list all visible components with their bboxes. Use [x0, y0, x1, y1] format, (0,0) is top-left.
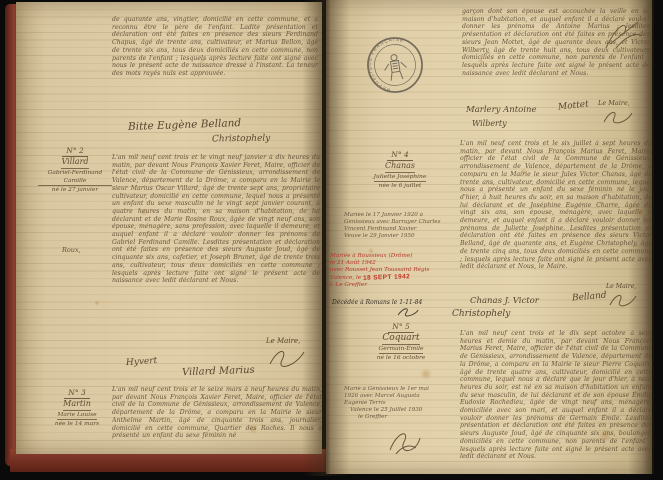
act4-closing-le-maire: Le Maire, — [606, 283, 636, 290]
act2-margin-word: Roux, — [62, 246, 81, 254]
signature-wilberty: Wilberty — [472, 119, 507, 128]
mention-line: Génissieux avec Barruyer Charles — [344, 219, 456, 226]
act5-number: N° 5 — [388, 322, 413, 333]
act4-marriage-mention-1920: Mariée le 17 Janvier 1920 à Génissieux a… — [344, 212, 456, 240]
act3-birth-note: née le 14 mars — [55, 421, 99, 427]
act4-red-marriage-mention: Mariée à Roussieux (Drôme) le 21 Août 19… — [330, 253, 446, 289]
foxing-spot — [140, 208, 148, 216]
act-prev-text: garçon dont son épouse est accouchée la … — [462, 8, 650, 100]
mayor-paraph-icon — [268, 346, 306, 368]
foxing-spot — [520, 168, 527, 175]
act4-given-names: Juliette Joséphine — [374, 173, 427, 183]
mention-line: 1926 avec Marcel Augusta — [344, 393, 456, 400]
act2-number: N° 2 — [62, 146, 87, 157]
act3-given-names: Marie Louise — [57, 411, 96, 421]
signature-christophely: Christophely — [212, 133, 271, 144]
mayor-paraph-icon — [602, 108, 634, 126]
act-continuation-text: de quarante ans, vingtier, domicilié en … — [112, 16, 318, 112]
date-stamp-18-sept-1942: 18 SEPT 1942 — [363, 273, 410, 282]
foxing-spot — [94, 300, 100, 306]
deceased-note-paraph-icon — [396, 307, 420, 317]
foxing-spot — [478, 58, 484, 64]
foxing-spot — [636, 208, 644, 216]
act5-birth-note: né le 16 octobre — [377, 355, 426, 361]
act5-given-names: Germain-Émile — [379, 345, 424, 355]
act2-text: L'an mil neuf cent trois et le vingt neu… — [112, 154, 320, 338]
red-mention-place: Valence, le — [330, 275, 361, 281]
act2-given-names: Gabriel-Ferdinand Camille — [38, 169, 112, 187]
act2-birth-note: né le 27 janvier — [52, 187, 98, 193]
signature-chanas: Chanas J. Victor — [470, 296, 539, 306]
act5-marriage-mention-1926: Marié à Génissieux le 1er mai 1926 avec … — [344, 386, 456, 421]
act5-surname: Coquart — [382, 333, 419, 345]
foxing-spot — [368, 248, 374, 254]
mention-line: Valence le 25 Juillet 1930 — [344, 407, 456, 414]
act2-surname: Villard — [61, 157, 88, 169]
register-scan: de quarante ans, vingtier, domicilié en … — [0, 0, 663, 480]
margin-note-act5: N° 5 Coquart Germain-Émile né le 16 octo… — [350, 322, 452, 362]
act4-text: L'an mil neuf cent trois et le six juill… — [460, 140, 652, 290]
act4-number: N° 4 — [387, 150, 412, 161]
mention-greffier: le Greffier — [344, 414, 456, 421]
act2-closing-le-maire: Le Maire, — [266, 337, 300, 345]
margin-note-act2: N° 2 Villard Gabriel-Ferdinand Camille n… — [38, 146, 112, 195]
republique-francaise-seal-icon: RÉPUBLIQUE FRANÇAISE — [362, 32, 428, 98]
mention-line: Marié à Génissieux le 1er mai — [344, 386, 456, 393]
greffier-paraph-icon — [386, 428, 422, 456]
margin-note-act3: N° 3 Martin Marie Louise née le 14 mars — [40, 388, 114, 428]
signature-christophely-2: Christophely — [452, 309, 510, 319]
foxing-spot — [248, 424, 258, 434]
act4-surname: Chanas — [385, 161, 415, 173]
act3-surname: Martin — [63, 399, 91, 411]
act-prev-closing-le-maire: Le Maire, — [598, 99, 630, 107]
foxing-spot — [200, 58, 205, 63]
signature-marlery-antoine: Marlery Antoine — [466, 105, 537, 115]
foxing-spot — [598, 428, 612, 442]
foxing-spot — [420, 368, 432, 380]
act3-text: L'an mil neuf cent trois et le seize mar… — [112, 386, 322, 450]
margin-note-act4: N° 4 Chanas Juliette Joséphine née le 6 … — [350, 150, 450, 190]
act4-birth-note: née le 6 juillet — [379, 183, 422, 189]
red-mention-greffier: l. Le Greffier — [330, 282, 446, 289]
mention-line: Vincent Ferdinand Xavier — [344, 226, 456, 233]
mention-line: Veuve le 29 Janvier 1950 — [344, 233, 456, 240]
act4-deceased-note: Décédée à Romans le 1-11-84 — [332, 299, 422, 307]
act3-number: N° 3 — [64, 388, 89, 399]
act5-text: L'an mil neuf cent trois et le dix sept … — [460, 330, 652, 468]
mention-line: Mariée le 17 Janvier 1920 à — [344, 212, 456, 219]
mayor-paraph-icon — [608, 291, 638, 309]
red-mention-line: Valence, le 18 SEPT 1942 — [330, 274, 446, 282]
mention-line: Eugénie Terris — [344, 400, 456, 407]
